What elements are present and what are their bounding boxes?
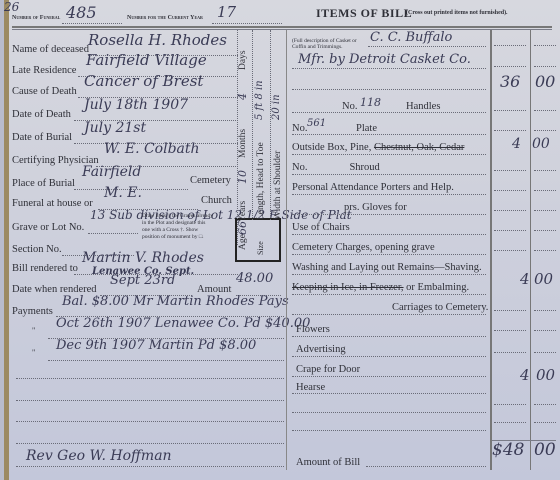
value-bill-rendered-to: Martin V. Rhodes bbox=[82, 250, 204, 266]
label-outside-box: Outside Box, Pine, Chestnut, Oak, Cedar bbox=[292, 142, 464, 153]
age-years: 66 bbox=[236, 221, 249, 235]
label-plate: Plate bbox=[356, 123, 377, 134]
ditto-mark-1: " bbox=[32, 326, 35, 335]
label-bill-rendered-to: Bill rendered to bbox=[12, 263, 78, 274]
total-cents: 00 bbox=[534, 440, 556, 460]
value-date-of-death: July 18th 1907 bbox=[84, 97, 188, 113]
days-label: Days bbox=[238, 50, 248, 70]
value-date-when-rendered: Sept 23rd bbox=[110, 273, 175, 288]
label-flowers: Flowers bbox=[296, 324, 330, 335]
funeral-number-label: Number of Funeral bbox=[12, 15, 60, 21]
label-section-no: Section No. bbox=[12, 244, 62, 255]
label-date-of-burial: Date of Burial bbox=[12, 132, 72, 143]
handles-number: 118 bbox=[360, 96, 381, 109]
embalming-dollars: 4 bbox=[520, 270, 530, 288]
casket-line-1: C. C. Buffalo bbox=[370, 30, 452, 45]
outside-box-dollars: 4 bbox=[512, 136, 521, 152]
age-days: 4 bbox=[236, 93, 249, 100]
label-handles: Handles bbox=[406, 101, 440, 112]
months-label: Months bbox=[238, 129, 248, 158]
struck-ice-options: Keeping in Ice, in Freezer, bbox=[292, 282, 404, 293]
label-gloves: prs. Gloves for bbox=[344, 202, 407, 213]
label-advertising: Advertising bbox=[296, 344, 346, 355]
label-name-of-deceased: Name of deceased bbox=[12, 44, 89, 55]
label-church: Church bbox=[201, 195, 232, 206]
casket-description-label: (Full description of Casket or Coffin an… bbox=[292, 38, 372, 50]
hearse-cents: 00 bbox=[536, 366, 555, 384]
value-amount: 48.00 bbox=[236, 271, 273, 286]
current-year-number: 17 bbox=[217, 3, 236, 21]
hearse-dollars: 4 bbox=[520, 366, 530, 384]
label-cause-of-death: Cause of Death bbox=[12, 86, 77, 97]
age-label: Age bbox=[238, 234, 248, 250]
label-washing: Washing and Laying out Remains—Shaving. bbox=[292, 262, 482, 273]
funeral-record-page: 26 Number of Funeral 485 Number for the … bbox=[4, 0, 560, 480]
struck-box-options: Chestnut, Oak, Cedar bbox=[374, 142, 464, 153]
label-payments: Payments bbox=[12, 306, 53, 317]
width-value: 20 in bbox=[271, 94, 282, 120]
label-cemetery-charges: Cemetery Charges, opening grave bbox=[292, 242, 435, 253]
length-label: Length, Head to Toe bbox=[256, 142, 266, 220]
casket-line-2: Mfr. by Detroit Casket Co. bbox=[298, 52, 471, 67]
length-value: 5 ft 8 in bbox=[254, 80, 265, 120]
label-amount-of-bill: Amount of Bill bbox=[296, 457, 360, 468]
label-place-of-burial: Place of Burial bbox=[12, 178, 75, 189]
years-label: Years bbox=[238, 201, 248, 222]
label-chairs: Use of Chairs bbox=[292, 222, 350, 233]
value-cause-of-death: Cancer of Brest bbox=[84, 72, 203, 90]
items-note: (Cross out printed items not furnished). bbox=[406, 10, 508, 16]
value-late-residence: Fairfield Village bbox=[86, 51, 207, 69]
age-months: 10 bbox=[236, 170, 249, 184]
value-grave-or-lot: 13 Sub division of Lot 12 1/2 E Side of … bbox=[90, 208, 352, 222]
label-handles-no: No. bbox=[342, 101, 357, 112]
width-label: Width at Shoulder bbox=[273, 151, 283, 220]
size-label: Size bbox=[256, 241, 265, 255]
outside-box-cents: 00 bbox=[532, 136, 550, 152]
label-funeral-at: Funeral at house or bbox=[12, 198, 93, 209]
ditto-mark-2: " bbox=[32, 348, 35, 357]
value-place-of-burial: Fairfield bbox=[82, 164, 141, 180]
total-dollars: $48 bbox=[492, 440, 524, 460]
label-grave-or-lot: Grave or Lot No. bbox=[12, 222, 84, 233]
label-carriages: Carriages to Cemetery. bbox=[392, 302, 488, 313]
casket-dollars: 36 bbox=[500, 72, 520, 91]
binding-edge bbox=[4, 0, 9, 480]
label-hearse: Hearse bbox=[296, 382, 325, 393]
payment-line-1: Bal. $8.00 Mr Martin Rhodes Pays bbox=[62, 294, 289, 309]
funeral-number: 485 bbox=[66, 3, 97, 22]
label-shroud: No. Shroud bbox=[292, 162, 380, 173]
label-crape: Crape for Door bbox=[296, 364, 360, 375]
payment-line-2: Oct 26th 1907 Lenawee Co. Pd $40.00 bbox=[56, 316, 310, 331]
current-year-label: Number for the Current Year bbox=[127, 15, 203, 21]
label-date-of-death: Date of Death bbox=[12, 109, 71, 120]
value-certifying-physician: W. E. Colbath bbox=[104, 141, 200, 157]
embalming-cents: 00 bbox=[534, 270, 553, 288]
value-funeral-at: M. E. bbox=[104, 185, 142, 201]
label-cemetery: Cemetery bbox=[190, 175, 231, 186]
page-corner-mark: 26 bbox=[4, 0, 19, 14]
label-personal-attendance: Personal Attendance Porters and Help. bbox=[292, 182, 454, 193]
value-date-of-burial: July 21st bbox=[84, 120, 146, 136]
label-plate-no: No. bbox=[292, 123, 307, 134]
label-embalming: Keeping in Ice, in Freezer, or Embalming… bbox=[292, 282, 469, 293]
plot-instructions: Draw lines ||| for Graves already in the… bbox=[142, 213, 214, 241]
payment-line-3: Dec 9th 1907 Martin Pd $8.00 bbox=[56, 338, 256, 353]
officiant-name: Rev Geo W. Hoffman bbox=[26, 448, 172, 464]
casket-cents: 00 bbox=[535, 72, 555, 91]
items-of-bill-title: ITEMS OF BILL bbox=[316, 6, 412, 21]
value-name-of-deceased: Rosella H. Rhodes bbox=[88, 31, 227, 49]
label-late-residence: Late Residence bbox=[12, 65, 76, 76]
plate-number: 561 bbox=[307, 118, 326, 129]
